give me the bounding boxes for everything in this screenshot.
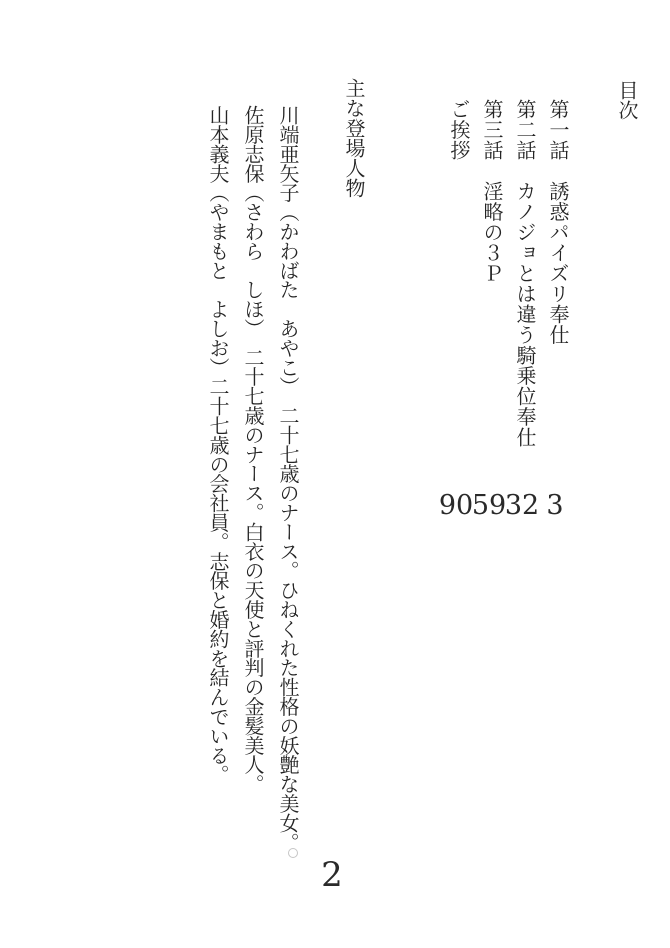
- toc-entry-greeting: ご挨拶: [442, 99, 475, 448]
- toc-entry-chapter-2: 第二話 カノジョとは違う騎乗位奉仕: [508, 99, 541, 448]
- toc-entry-chapter-3: 第三話 淫略の３Ｐ: [475, 99, 508, 448]
- character-entry-kawabata-ayako: 川端亜矢子（かわばた あやこ） 二十七歳のナース。ひねくれた性格の妖艶な美女。: [270, 105, 305, 852]
- toc-heading: 目次: [616, 80, 638, 120]
- character-list: 川端亜矢子（かわばた あやこ） 二十七歳のナース。ひねくれた性格の妖艶な美女。 …: [200, 105, 305, 852]
- scan-artifact-ring: [288, 848, 298, 858]
- toc-entry-chapter-1: 第一話 誘惑パイズリ奉仕: [541, 99, 574, 448]
- toc-entry-list: 第一話 誘惑パイズリ奉仕 第二話 カノジョとは違う騎乗位奉仕 第三話 淫略の３Ｐ…: [442, 99, 574, 448]
- character-entry-yamamoto-yoshio: 山本義夫（やまもと よしお）二十七歳の会社員。志保と婚約を結んでいる。: [200, 105, 235, 852]
- toc-page-number-greeting: 90: [436, 492, 476, 519]
- character-entry-sawara-shiho: 佐原志保（さわら しほ） 二十七歳のナース。白衣の天使と評判の金髪美人。: [235, 105, 270, 852]
- characters-heading: 主な登場人物: [343, 78, 365, 198]
- folio-page-number: 2: [312, 858, 352, 892]
